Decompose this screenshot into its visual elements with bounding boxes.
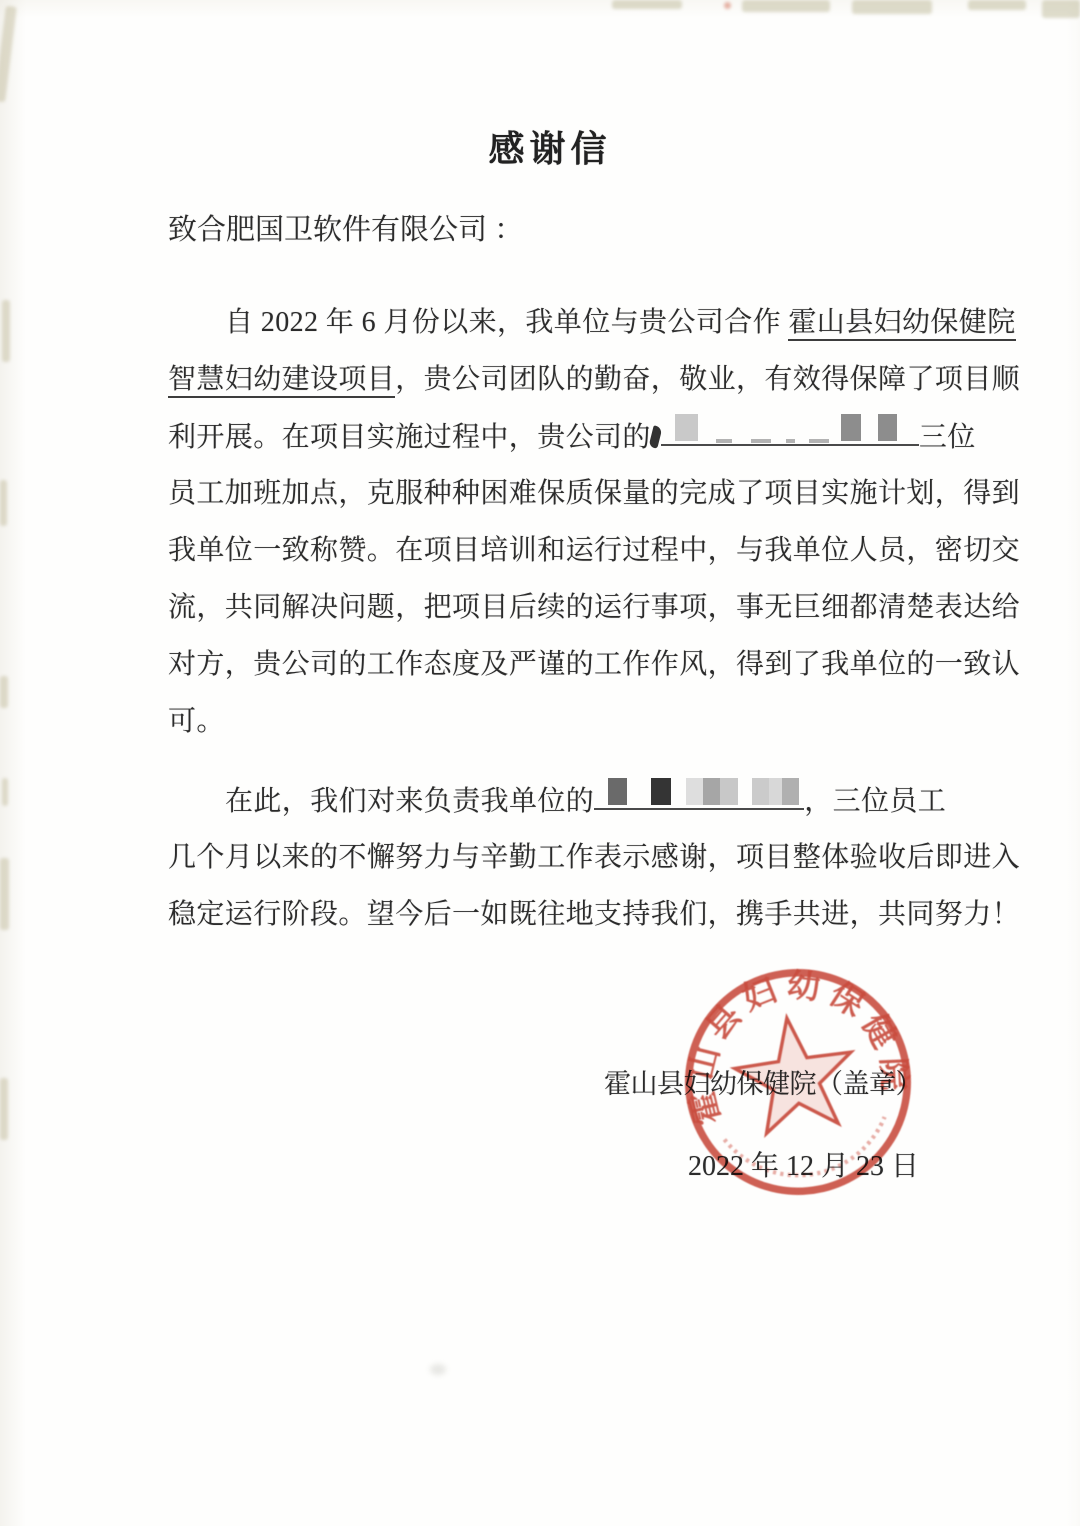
redaction-block: [651, 778, 671, 805]
p2-line-1: 在此，我们对来负责我单位的，三位员工: [168, 772, 932, 829]
paper-background: [0, 0, 1080, 1526]
p1-line-5: 我单位一致称赞。在项目培训和运行过程中，与我单位人员，密切交: [168, 522, 932, 579]
redaction-block: [608, 778, 627, 805]
p1-line-2: 智慧妇幼建设项目，贵公司团队的勤奋，敬业，有效得保障了项目顺: [168, 351, 932, 408]
redaction-remnant: [786, 439, 795, 443]
letter-title: 感谢信: [168, 126, 932, 172]
scan-artifact: [968, 0, 1026, 10]
p1-l3-text-end: 三位: [919, 422, 976, 453]
scan-artifact: [0, 480, 7, 526]
scan-artifact: [724, 2, 731, 9]
scan-artifact: [0, 676, 8, 708]
p1-line-4: 员工加班加点，克服种种困难保质保量的完成了项目实施计划，得到: [168, 465, 932, 522]
underlined-project-name: 智慧妇幼建设项目: [168, 364, 395, 398]
redacted-names-1: [661, 408, 919, 446]
scan-artifact: [0, 858, 9, 930]
p1-line-3: 利开展。在项目实施过程中，贵公司的三位: [168, 408, 932, 465]
p1-l1-text: 自 2022 年 6 月份以来，我单位与贵公司合作: [225, 307, 788, 338]
scanned-letter-page: { "letter": { "title": "感谢信", "salutatio…: [0, 0, 1080, 1526]
redaction-block: [841, 414, 861, 441]
scan-artifact: [742, 0, 830, 12]
p1-line-6: 流，共同解决问题，把项目后续的运行事项，事无巨细都清楚表达给: [168, 579, 932, 636]
redaction-remnant: [751, 439, 771, 443]
redaction-block: [703, 778, 720, 805]
p1-l3-text: 利开展。在项目实施过程中，贵公司的: [168, 422, 651, 453]
scan-artifact: [430, 1364, 446, 1375]
underlined-project-owner: 霍山县妇幼保健院: [788, 307, 1015, 341]
p2-l1-text: 在此，我们对来负责我单位的: [225, 786, 594, 817]
official-red-seal: 霍山县妇幼保健院: [660, 944, 936, 1220]
redaction-block: [769, 778, 782, 805]
paragraph-2: 在此，我们对来负责我单位的，三位员工 几个月以来的不懈努力与辛勤工作表示感谢，项…: [168, 772, 932, 943]
redaction-block: [675, 414, 698, 441]
p1-l2-text: ，贵公司团队的勤奋，敬业，有效得保障了项目顺: [395, 364, 1020, 395]
p2-line-2: 几个月以来的不懈努力与辛勤工作表示感谢，项目整体验收后即进入: [168, 829, 932, 886]
scan-artifact: [612, 0, 682, 9]
paragraph-1: 自 2022 年 6 月份以来，我单位与贵公司合作 霍山县妇幼保健院 智慧妇幼建…: [168, 294, 932, 750]
seal-bottom-microtext: [724, 1117, 891, 1186]
p2-line-3: 稳定运行阶段。望今后一如既往地支持我们，携手共进，共同努力！: [168, 886, 932, 943]
redaction-block: [878, 414, 897, 441]
redaction-block: [782, 778, 799, 805]
redaction-block: [720, 778, 738, 805]
p1-line-8: 可。: [168, 693, 932, 750]
scan-artifact: [0, 1078, 8, 1140]
redaction-block: [686, 778, 703, 805]
seal-star-icon: [729, 1010, 860, 1137]
p2-l1-text-end: ，三位员工: [804, 786, 946, 817]
p1-line-7: 对方，贵公司的工作态度及严谨的工作作风，得到了我单位的一致认: [168, 636, 932, 693]
scan-artifact: [852, 0, 932, 14]
salutation: 致合肥国卫软件有限公司 ：: [168, 210, 523, 250]
redaction-block: [752, 778, 769, 805]
redaction-remnant: [716, 439, 732, 443]
scan-artifact: [2, 778, 8, 806]
redacted-names-2: [594, 772, 804, 810]
scan-artifact: [1042, 0, 1080, 18]
redaction-remnant: [809, 439, 829, 443]
p1-line-1: 自 2022 年 6 月份以来，我单位与贵公司合作 霍山县妇幼保健院: [168, 294, 932, 351]
scan-artifact: [2, 300, 10, 362]
